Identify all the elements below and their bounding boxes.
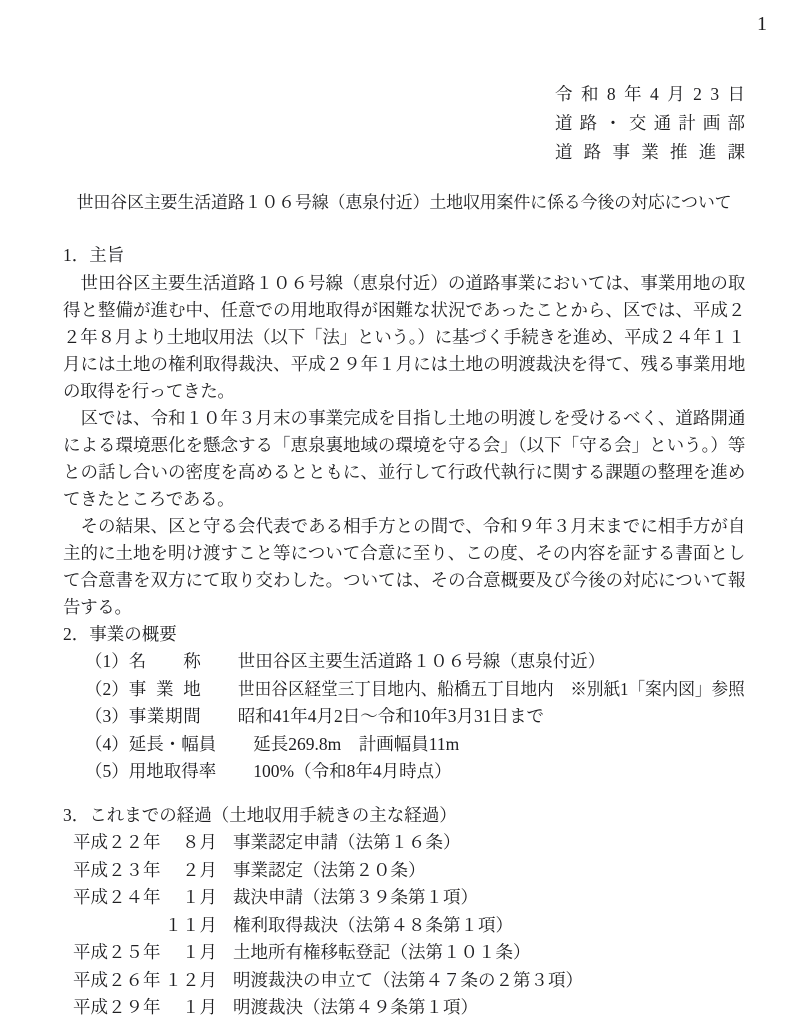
- item-number: （4）: [85, 731, 129, 759]
- item-number: （5）: [85, 758, 129, 786]
- overview-row-location: （2） 事業地 世田谷区経堂三丁目地内、船橋五丁目地内 ※別紙1「案内図」参照: [85, 676, 745, 704]
- timeline-event: 権利取得裁決（法第４８条第１項）: [233, 912, 513, 940]
- purpose-paragraph-3: その結果、区と守る会代表である相手方との間で、令和９年３月末までに相手方が自主的…: [63, 513, 745, 621]
- item-value: 100%（令和8年4月時点）: [253, 758, 451, 786]
- item-label: 用地取得率: [129, 758, 217, 786]
- timeline-year: 平成２４年: [73, 884, 163, 912]
- item-value: 昭和41年4月2日～令和10年3月31日まで: [238, 703, 544, 731]
- timeline-year: 平成２３年: [73, 857, 163, 885]
- page-number: 1: [63, 12, 767, 36]
- timeline-row: 平成２３年 ２月 事業認定（法第２０条）: [73, 857, 745, 885]
- timeline-event: 明渡裁決（法第４９条第１項）: [233, 994, 478, 1022]
- item-value: 延長269.8m 計画幅員11m: [253, 731, 459, 759]
- section-purpose: 1．主旨 世田谷区主要生活道路１０６号線（恵泉付近）の道路事業においては、事業用…: [63, 242, 745, 621]
- item-value: 世田谷区主要生活道路１０６号線（恵泉付近）: [238, 648, 606, 676]
- item-label: 名称: [129, 648, 201, 676]
- overview-row-name: （1） 名称 世田谷区主要生活道路１０６号線（恵泉付近）: [85, 648, 745, 676]
- timeline-event: 明渡裁決の申立て（法第４７条の２第３項）: [233, 967, 583, 995]
- timeline-row: 平成２５年 １月 土地所有権移転登記（法第１０１条）: [73, 939, 745, 967]
- division-name: 道路事業推進課: [555, 138, 745, 167]
- timeline-month: １２月: [163, 967, 217, 995]
- item-value: 世田谷区経堂三丁目地内、船橋五丁目地内 ※別紙1「案内図」参照: [238, 676, 720, 704]
- item-label: 事業期間: [129, 703, 201, 731]
- purpose-paragraph-2: 区では、令和１０年３月末の事業完成を目指し土地の明渡しを受けるべく、道路開通によ…: [63, 405, 745, 513]
- timeline-row: 平成２６年 １２月 明渡裁決の申立て（法第４７条の２第３項）: [73, 967, 745, 995]
- item-number: （3）: [85, 703, 129, 731]
- overview-row-dimensions: （4） 延長・幅員 延長269.8m 計画幅員11m: [85, 731, 745, 759]
- timeline-year: 平成２６年: [73, 967, 163, 995]
- timeline-event: 裁決申請（法第３９条第１項）: [233, 884, 478, 912]
- document-page: 1 令和8年4月23日 道路・交通計画部 道路事業推進課 世田谷区主要生活道路１…: [0, 0, 808, 1024]
- item-number: （1）: [85, 648, 129, 676]
- purpose-paragraph-1: 世田谷区主要生活道路１０６号線（恵泉付近）の道路事業においては、事業用地の取得と…: [63, 270, 745, 405]
- item-number: （2）: [85, 676, 129, 704]
- timeline-year: 平成２５年: [73, 939, 163, 967]
- timeline-month: １月: [163, 884, 217, 912]
- timeline-month: ８月: [163, 829, 217, 857]
- overview-row-period: （3） 事業期間 昭和41年4月2日～令和10年3月31日まで: [85, 703, 745, 731]
- timeline-month: ２月: [163, 857, 217, 885]
- timeline-month: １月: [163, 994, 217, 1022]
- section-project-overview: 2．事業の概要 （1） 名称 世田谷区主要生活道路１０６号線（恵泉付近） （2）…: [63, 621, 745, 786]
- timeline-year: 平成２２年: [73, 829, 163, 857]
- timeline-row: １１月 権利取得裁決（法第４８条第１項）: [73, 912, 745, 940]
- timeline-row: 平成２２年 ８月 事業認定申請（法第１６条）: [73, 829, 745, 857]
- timeline-event: 土地所有権移転登記（法第１０１条）: [233, 939, 531, 967]
- timeline-year: 平成２９年: [73, 994, 163, 1022]
- document-title: 世田谷区主要生活道路１０６号線（恵泉付近）土地収用案件に係る今後の対応について: [63, 189, 745, 216]
- section-1-heading: 1．主旨: [63, 242, 745, 270]
- section-3-heading: 3．これまでの経過（土地収用手続きの主な経過）: [63, 802, 745, 830]
- header-block: 令和8年4月23日 道路・交通計画部 道路事業推進課: [555, 80, 745, 167]
- timeline-row: 平成２９年 １月 明渡裁決（法第４９条第１項）: [73, 994, 745, 1022]
- timeline-month: １月: [163, 939, 217, 967]
- overview-row-acquisition-rate: （5） 用地取得率 100%（令和8年4月時点）: [85, 758, 745, 786]
- item-label: 事業地: [129, 676, 201, 704]
- section-history: 3．これまでの経過（土地収用手続きの主な経過） 平成２２年 ８月 事業認定申請（…: [63, 802, 745, 1022]
- document-date: 令和8年4月23日: [555, 80, 745, 109]
- section-2-heading: 2．事業の概要: [63, 621, 745, 649]
- department-name: 道路・交通計画部: [555, 109, 745, 138]
- timeline-event: 事業認定（法第２０条）: [233, 857, 426, 885]
- timeline-row: 平成２４年 １月 裁決申請（法第３９条第１項）: [73, 884, 745, 912]
- timeline-event: 事業認定申請（法第１６条）: [233, 829, 461, 857]
- item-label: 延長・幅員: [129, 731, 217, 759]
- timeline-month: １１月: [163, 912, 217, 940]
